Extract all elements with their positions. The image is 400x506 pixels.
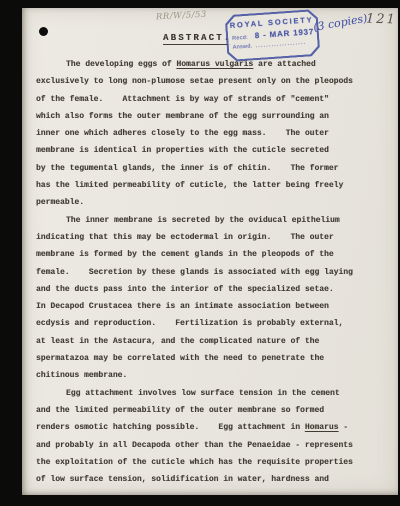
typewritten-line: and probably in all Decapoda other than … — [36, 437, 366, 454]
text-segment: of low surface tension, solidification i… — [36, 475, 329, 484]
royal-society-stamp: ROYAL SOCIETY Recd: 8 - MAR 1937 Answd. … — [224, 9, 320, 62]
text-segment: The inner membrane is secreted by the ov… — [66, 216, 340, 225]
typewritten-line: and the ducts pass into the interior of … — [36, 281, 366, 298]
text-segment: inner one which adheres closely to the e… — [36, 129, 329, 138]
text-segment: has the limited permeability of cuticle,… — [36, 181, 343, 190]
text-segment: of the female. Attachment is by way of s… — [36, 95, 329, 104]
document-page: RR/W/5/53 121 ABSTRACT. ROYAL SOCIETY Re… — [22, 8, 398, 495]
typewritten-line: spermatazoa may be correlated with the n… — [36, 350, 366, 367]
hole-punch — [39, 27, 48, 36]
abstract-body: The developing eggs of Homarus vulgaris … — [36, 56, 366, 488]
abstract-heading: ABSTRACT. — [163, 33, 231, 45]
text-segment: - — [338, 423, 348, 432]
scan-background: RR/W/5/53 121 ABSTRACT. ROYAL SOCIETY Re… — [0, 0, 400, 506]
text-segment: the exploitation of the cuticle which ha… — [36, 458, 353, 467]
typewritten-line: by the tegumental glands, the inner is o… — [36, 160, 366, 177]
archive-reference: RR/W/5/53 — [156, 10, 207, 23]
text-segment: exclusively to long non-plumose setae pr… — [36, 77, 353, 86]
stamp-received-date: 8 - MAR 1937 — [255, 27, 315, 40]
typewritten-line: membrane is formed by the cement glands … — [36, 246, 366, 263]
text-segment: renders osmotic hatching possible. Egg a… — [36, 423, 305, 432]
text-segment: membrane is formed by the cement glands … — [36, 250, 334, 259]
typewritten-line: chitinous membrane. — [36, 367, 366, 384]
text-segment: and the ducts pass into the interior of … — [36, 285, 334, 294]
underlined-term: Homarus vulgaris — [176, 60, 253, 69]
text-segment: permeable. — [36, 198, 84, 207]
typewritten-line: of low surface tension, solidification i… — [36, 471, 366, 488]
text-segment: Egg attachment involves low surface tens… — [66, 389, 340, 398]
typewritten-line: membrane is identical in properties with… — [36, 142, 366, 159]
typewritten-line: permeable. — [36, 194, 366, 211]
typewritten-line: which also forms the outer membrane of t… — [36, 108, 366, 125]
text-segment: chitinous membrane. — [36, 371, 127, 380]
paragraph: Egg attachment involves low surface tens… — [36, 385, 366, 489]
underlined-term: Homarus — [305, 423, 339, 432]
typewritten-line: In Decapod Crustacea there is an intimat… — [36, 298, 366, 315]
typewritten-line: of the female. Attachment is by way of s… — [36, 91, 366, 108]
text-segment: at least in the Astacura, and the compli… — [36, 337, 319, 346]
stamp-answered-label: Answd. — [233, 43, 253, 50]
typewritten-line: the exploitation of the cuticle which ha… — [36, 454, 366, 471]
typewritten-line: female. Secretion by these glands is ass… — [36, 264, 366, 281]
typewritten-line: at least in the Astacura, and the compli… — [36, 333, 366, 350]
text-segment: membrane is identical in properties with… — [36, 146, 329, 155]
text-segment: and the limited permeability of the oute… — [36, 406, 324, 415]
typewritten-line: Egg attachment involves low surface tens… — [36, 385, 366, 402]
text-segment: by the tegumental glands, the inner is o… — [36, 164, 338, 173]
copies-annotation: (3 copies). — [312, 11, 371, 34]
typewritten-line: The developing eggs of Homarus vulgaris … — [36, 56, 366, 73]
text-segment: and probably in all Decapoda other than … — [36, 441, 353, 450]
typewritten-line: exclusively to long non-plumose setae pr… — [36, 73, 366, 90]
text-segment: female. Secretion by these glands is ass… — [36, 268, 353, 277]
paragraph: The inner membrane is secreted by the ov… — [36, 212, 366, 385]
paragraph: The developing eggs of Homarus vulgaris … — [36, 56, 366, 212]
stamp-border: ROYAL SOCIETY Recd: 8 - MAR 1937 Answd. … — [227, 11, 319, 60]
typewritten-line: and the limited permeability of the oute… — [36, 402, 366, 419]
text-segment: spermatazoa may be correlated with the n… — [36, 354, 324, 363]
typewritten-line: The inner membrane is secreted by the ov… — [36, 212, 366, 229]
typewritten-line: indicating that this may be ectodermal i… — [36, 229, 366, 246]
text-segment: In Decapod Crustacea there is an intimat… — [36, 302, 329, 311]
text-segment: which also forms the outer membrane of t… — [36, 112, 329, 121]
text-segment: are attached — [253, 60, 315, 69]
text-segment: ecdysis and reproduction. Fertilization … — [36, 319, 343, 328]
text-segment: indicating that this may be ectodermal i… — [36, 233, 334, 242]
typewritten-line: renders osmotic hatching possible. Egg a… — [36, 419, 366, 436]
text-segment: The developing eggs of — [66, 60, 176, 69]
typewritten-line: inner one which adheres closely to the e… — [36, 125, 366, 142]
typewritten-line: has the limited permeability of cuticle,… — [36, 177, 366, 194]
stamp-answered-dots: ................... — [255, 40, 306, 50]
typewritten-line: ecdysis and reproduction. Fertilization … — [36, 315, 366, 332]
stamp-received-label: Recd: — [232, 35, 248, 42]
